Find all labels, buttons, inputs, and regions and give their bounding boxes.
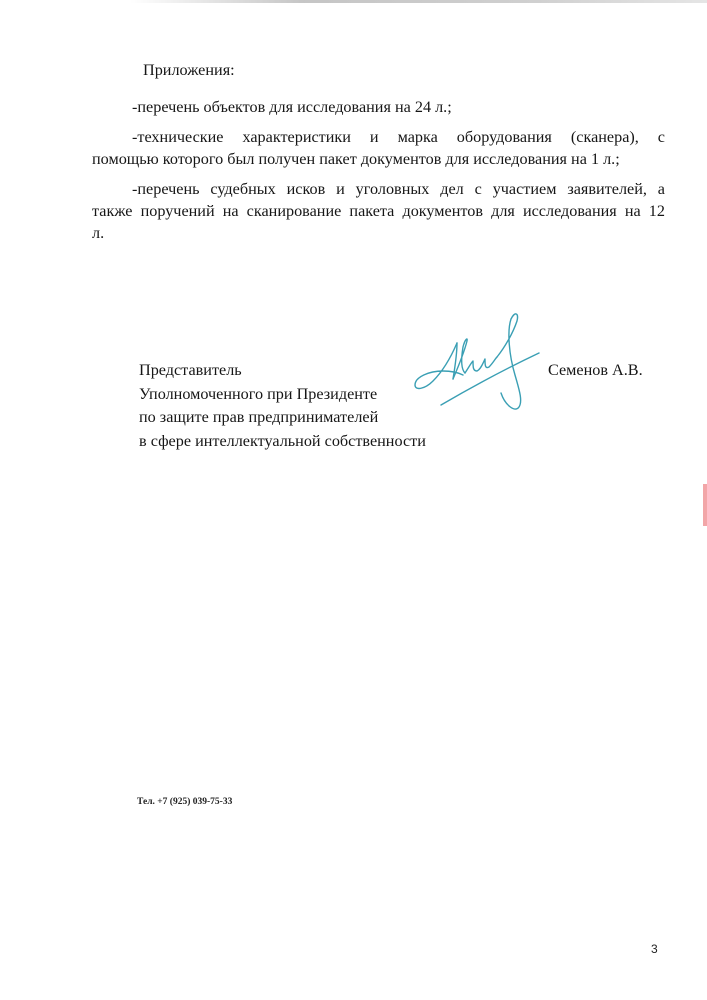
attachment-item-1: -перечень объектов для исследования на 2… — [132, 97, 452, 117]
handwritten-signature-icon — [405, 305, 555, 420]
attachment-item-3-line-3: л. — [92, 223, 104, 243]
signatory-title-line: в сфере интеллектуальной собственности — [139, 430, 426, 454]
contact-phone: Тел. +7 (925) 039-75-33 — [137, 797, 232, 807]
attachment-item-2-line-1: -технические характеристики и марка обор… — [132, 127, 665, 147]
attachments-heading: Приложения: — [143, 60, 235, 80]
signatory-title-line: Уполномоченного при Президенте — [139, 383, 426, 407]
attachment-item-3-line-2: также поручений на сканирование пакета д… — [92, 201, 665, 221]
scan-edge-mark — [703, 484, 707, 526]
signatory-title-line: по защите прав предпринимателей — [139, 406, 426, 430]
attachment-item-2-line-2: помощью которого был получен пакет докум… — [92, 149, 620, 169]
attachment-item-3-line-1: -перечень судебных исков и уголовных дел… — [132, 179, 665, 199]
page-number: 3 — [651, 942, 658, 956]
signatory-title: Представитель Уполномоченного при Презид… — [139, 359, 426, 453]
signatory-title-line: Представитель — [139, 359, 426, 383]
signatory-name: Семенов А.В. — [548, 359, 643, 383]
scan-top-edge-shadow — [130, 0, 707, 3]
